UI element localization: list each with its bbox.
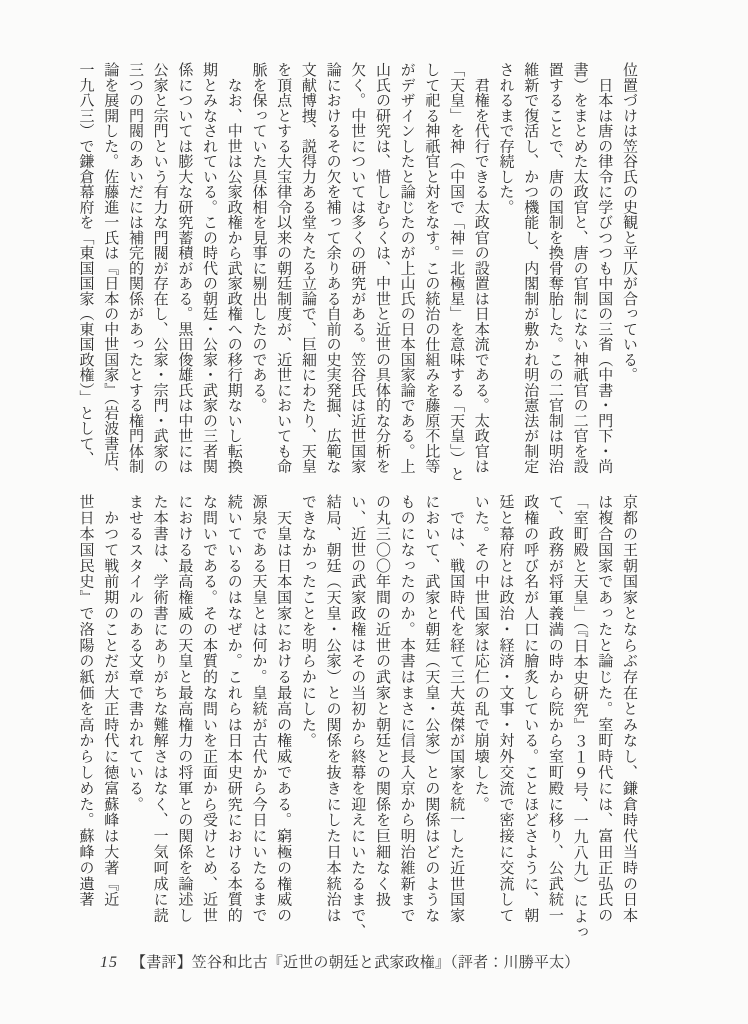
text-column: 「室町殿と天皇」（『日本史研究』３１９号、一九八九）によっ xyxy=(567,494,592,932)
page-footer: 15 【書評】笠谷和比古『近世の朝廷と武家政権』（評者：川勝平太） xyxy=(100,951,580,972)
text-column: 廷と幕府とは政治・経済・文事・対外交流で密接に交流して xyxy=(493,494,518,932)
text-column: 世日本国民史』で洛陽の紙価を高からしめた。蘇峰の遺著 xyxy=(73,494,98,932)
text-column: 置することで、唐の国制を換骨奪胎した。この二官制は明治 xyxy=(542,62,567,476)
text-column: の丸三〇〇年間の近世の武家と朝廷との関係を巨細なく扱 xyxy=(369,494,394,932)
text-column: 山氏の研究は、惜しむらくは、中世と近世の具体的な分析を xyxy=(369,62,394,476)
page-number: 15 xyxy=(100,954,118,972)
text-column: 維新で復活し、かつ機能し、内閣制が敷かれ明治憲法が制定 xyxy=(517,62,542,476)
text-column: 「天皇」を神（中国で「神＝北極星」を意味する「天皇」）と xyxy=(443,62,468,476)
text-column: 期とみなされている。この時代の朝廷・公家・武家の三者関 xyxy=(196,62,221,476)
text-column: ませるスタイルのある文章で書かれている。 xyxy=(122,494,147,932)
text-column: 書）をまとめた太政官と、唐の官制にない神祇官の二官を設 xyxy=(567,62,592,476)
text-column: 君権を代行できる太政官の設置は日本流である。太政官は xyxy=(468,62,493,476)
text-column: 京都の王朝国家とならぶ存在とみなし、鎌倉時代当時の日本 xyxy=(616,494,641,932)
text-column: は複合国家であったと論じた。室町時代には、富田正弘氏の xyxy=(592,494,617,932)
review-caption: 【書評】笠谷和比古『近世の朝廷と武家政権』（評者：川勝平太） xyxy=(131,951,580,972)
text-column: かつて戦前期のことだが大正時代に徳富蘇峰は大著『近 xyxy=(98,494,123,932)
text-column: がデザインしたと論じたのが上山氏の日本国家論である。上 xyxy=(394,62,419,476)
text-column: 位置づけは笠谷氏の史観と平仄が合っている。 xyxy=(616,62,641,476)
text-column: 論におけるその欠を補って余りある自前の史実発掘、広範な xyxy=(320,62,345,476)
text-column: 天皇は日本国家における最高の権威である。窮極の権威の xyxy=(270,494,295,932)
text-column: て、政務が将軍義満の時から院から室町殿に移り、公武統一 xyxy=(542,494,567,932)
text-column: なお、中世は公家政権から武家政権への移行期ないし転換 xyxy=(221,62,246,476)
text-column: 論を展開した。佐藤進一氏は『日本の中世国家』（岩波書店、 xyxy=(98,62,123,476)
text-column: 公家と宗門という有力な門閥が存在し、公家・宗門・武家の xyxy=(147,62,172,476)
text-column: 源泉である天皇とは何か。皇統が古代から今日にいたるまで xyxy=(246,494,271,932)
text-column: 一九八三）で鎌倉幕府を「東国国家（東国政権）」として、 xyxy=(73,62,98,476)
book-review-page: 位置づけは笠谷氏の史観と平仄が合っている。 日本は唐の律令に学びつつも中国の三省… xyxy=(0,0,748,1024)
text-column: では、戦国時代を経て三大英傑が国家を統一した近世国家 xyxy=(443,494,468,932)
text-column: 文献博捜、説得力ある堂々たる立論で、巨細にわたり、天皇 xyxy=(295,62,320,476)
text-column: における最高権威の天皇と最高権力の将軍との関係を論述し xyxy=(172,494,197,932)
bottom-text-block: 京都の王朝国家とならぶ存在とみなし、鎌倉時代当時の日本は複合国家であったと論じた… xyxy=(73,494,641,932)
text-column: い、近世の武家政権はその当初から終幕を迎えにいたるまで、 xyxy=(345,494,370,932)
text-column: な問いである。その本質的な問いを正面から受けとめ、近世 xyxy=(196,494,221,932)
text-column: できなかったことを明らかにした。 xyxy=(295,494,320,932)
text-column: 政権の呼び名が人口に膾炙している。ことほどさように、朝 xyxy=(517,494,542,932)
text-column: いた。その中世国家は応仁の乱で崩壊した。 xyxy=(468,494,493,932)
text-column: た本書は、学術書にありがちな難解さはなく、一気呵成に読 xyxy=(147,494,172,932)
text-column: において、武家と朝廷（天皇・公家）との関係はどのような xyxy=(419,494,444,932)
text-column: 結局、朝廷（天皇・公家）との関係を抜きにした日本統治は xyxy=(320,494,345,932)
text-column: 欠く。中世については多くの研究がある。笠谷氏は近世国家 xyxy=(345,62,370,476)
text-column: 三つの門閥のあいだには補完的関係があったとする権門体制 xyxy=(122,62,147,476)
text-column: ものになったのか。本書はまさに信長入京から明治維新まで xyxy=(394,494,419,932)
top-text-block: 位置づけは笠谷氏の史観と平仄が合っている。 日本は唐の律令に学びつつも中国の三省… xyxy=(73,62,641,476)
text-column: されるまで存続した。 xyxy=(493,62,518,476)
text-column: 係については膨大な研究蓄積がある。黒田俊雄氏は中世には xyxy=(172,62,197,476)
text-column: 続いているのはなぜか。これらは日本史研究における本質的 xyxy=(221,494,246,932)
text-column: 脈を保っていた具体相を見事に剔出したのである。 xyxy=(246,62,271,476)
text-column: を頂点とする大宝律令以来の朝廷制度が、近世においても命 xyxy=(270,62,295,476)
text-column: 日本は唐の律令に学びつつも中国の三省（中書・門下・尚 xyxy=(592,62,617,476)
text-column: して祀る神祇官と対をなす。この統治の仕組みを藤原不比等 xyxy=(419,62,444,476)
